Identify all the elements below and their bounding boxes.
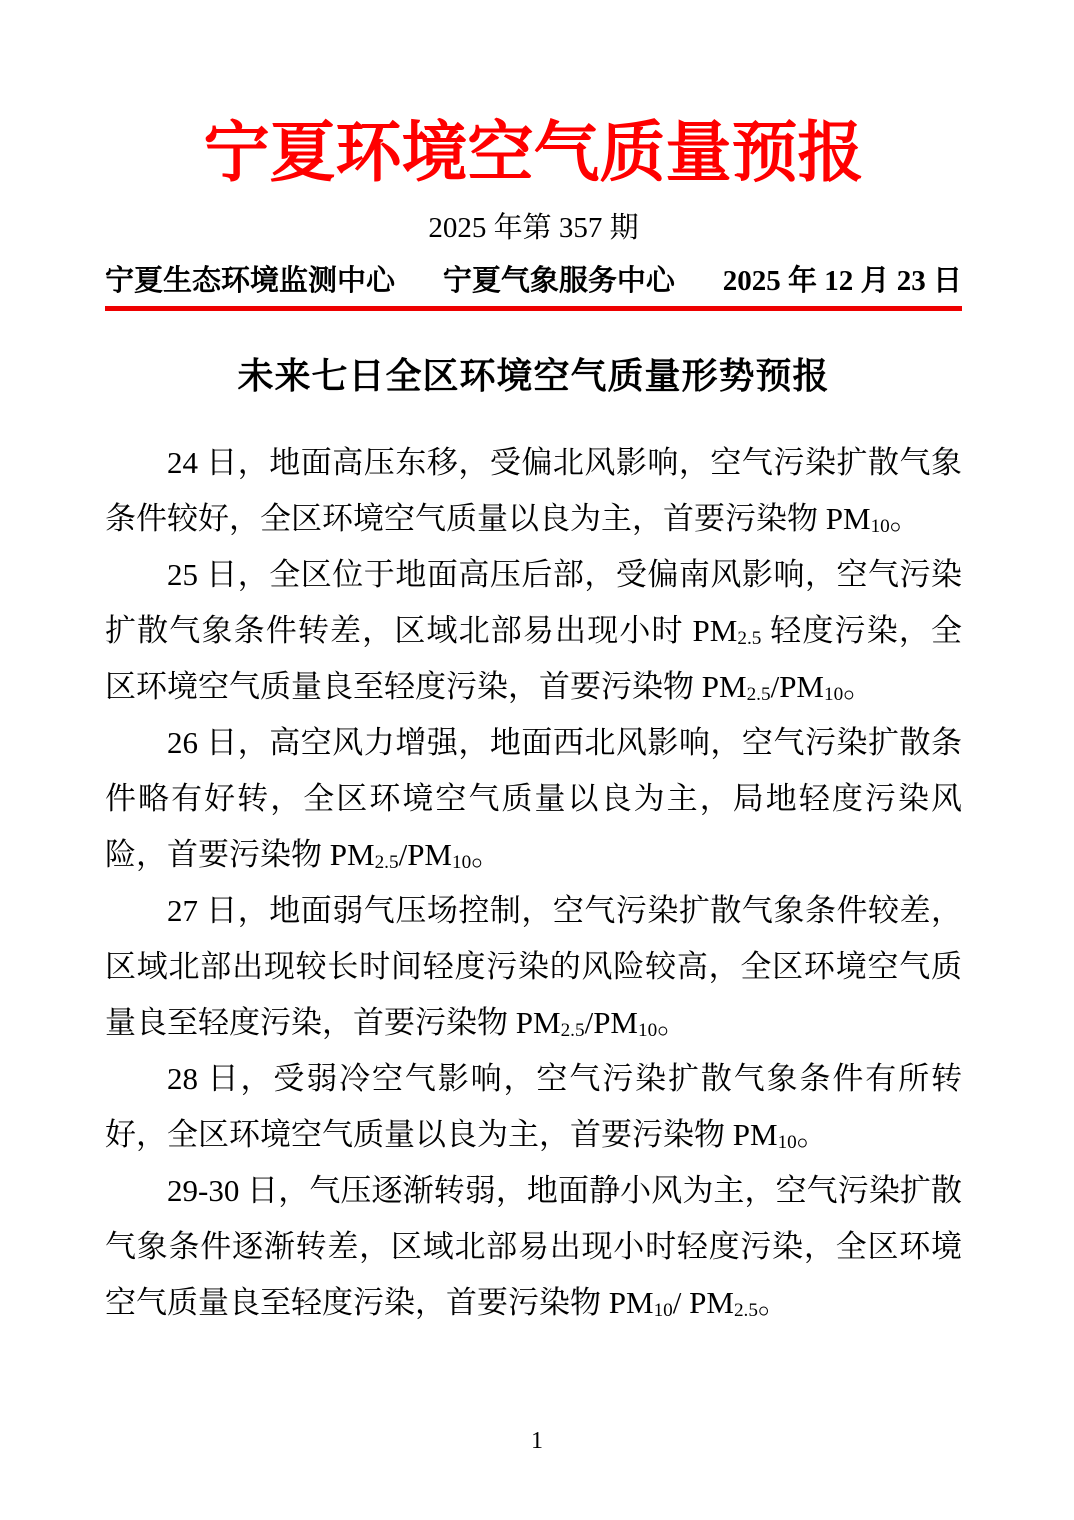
issuing-org-right: 宁夏气象服务中心 <box>443 262 675 300</box>
forecast-paragraph-day24: 24 日，地面高压东移，受偏北风影响，空气污染扩散气象条件较好，全区环境空气质量… <box>105 435 962 547</box>
issue-number: 2025 年第 357 期 <box>105 206 962 250</box>
document-title: 宁夏环境空气质量预报 <box>105 116 962 192</box>
issuing-org-left: 宁夏生态环境监测中心 <box>105 262 395 300</box>
forecast-paragraph-day29-30: 29-30 日，气压逐渐转弱，地面静小风为主，空气污染扩散气象条件逐渐转差，区域… <box>105 1163 962 1331</box>
issue-date: 2025 年 12 月 23 日 <box>723 262 962 300</box>
forecast-paragraph-day27: 27 日，地面弱气压场控制，空气污染扩散气象条件较差，区域北部出现较长时间轻度污… <box>105 883 962 1051</box>
header-info-row: 宁夏生态环境监测中心 宁夏气象服务中心 2025 年 12 月 23 日 <box>105 262 962 311</box>
forecast-paragraph-day25: 25 日，全区位于地面高压后部，受偏南风影响，空气污染扩散气象条件转差，区域北部… <box>105 547 962 715</box>
section-heading: 未来七日全区环境空气质量形势预报 <box>105 353 962 399</box>
document-page: 宁夏环境空气质量预报 2025 年第 357 期 宁夏生态环境监测中心 宁夏气象… <box>0 0 1074 1520</box>
forecast-paragraph-day28: 28 日，受弱冷空气影响，空气污染扩散气象条件有所转好，全区环境空气质量以良为主… <box>105 1051 962 1163</box>
page-number: 1 <box>0 1426 1074 1456</box>
forecast-body: 24 日，地面高压东移，受偏北风影响，空气污染扩散气象条件较好，全区环境空气质量… <box>105 435 962 1331</box>
forecast-paragraph-day26: 26 日，高空风力增强，地面西北风影响，空气污染扩散条件略有好转，全区环境空气质… <box>105 715 962 883</box>
